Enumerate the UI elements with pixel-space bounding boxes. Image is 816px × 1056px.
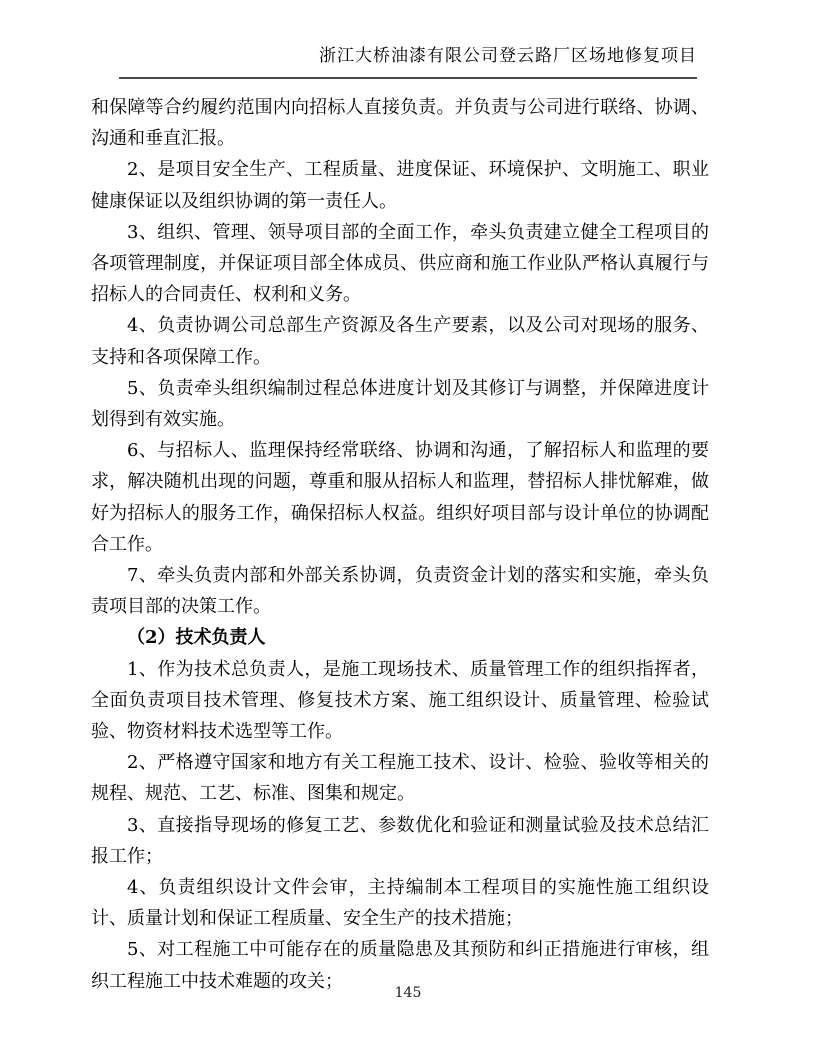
section-heading-technical-director: （2）技术负责人 <box>91 622 709 653</box>
duty-item-paragraph: 5、负责牵头组织编制过程总体进度计划及其修订与调整，并保障进度计划得到有效实施。 <box>91 373 709 435</box>
duty-item-paragraph: 2、是项目安全生产、工程质量、进度保证、环境保护、文明施工、职业健康保证以及组织… <box>91 154 709 216</box>
page-header-title: 浙江大桥油漆有限公司登云路厂区场地修复项目 <box>119 44 697 79</box>
duty-item-paragraph: 2、严格遵守国家和地方有关工程施工技术、设计、检验、验收等相关的规程、规范、工艺… <box>91 747 709 809</box>
continuation-paragraph: 和保障等合约履约范围内向招标人直接负责。并负责与公司进行联络、协调、沟通和垂直汇… <box>91 92 709 154</box>
duty-item-paragraph: 3、组织、管理、领导项目部的全面工作，牵头负责建立健全工程项目的各项管理制度，并… <box>91 217 709 311</box>
document-body: 和保障等合约履约范围内向招标人直接负责。并负责与公司进行联络、协调、沟通和垂直汇… <box>91 92 709 997</box>
page-number: 145 <box>0 984 816 1002</box>
document-page: { "header": { "title": "浙江大桥油漆有限公司登云路厂区场… <box>0 0 816 1056</box>
duty-item-paragraph: 3、直接指导现场的修复工艺、参数优化和验证和测量试验及技术总结汇报工作； <box>91 810 709 872</box>
duty-item-paragraph: 1、作为技术总负责人，是施工现场技术、质量管理工作的组织指挥者，全面负责项目技术… <box>91 654 709 748</box>
duty-item-paragraph: 4、负责组织设计文件会审，主持编制本工程项目的实施性施工组织设计、质量计划和保证… <box>91 872 709 934</box>
duty-item-paragraph: 7、牵头负责内部和外部关系协调，负责资金计划的落实和实施，牵头负责项目部的决策工… <box>91 560 709 622</box>
duty-item-paragraph: 4、负责协调公司总部生产资源及各生产要素，以及公司对现场的服务、支持和各项保障工… <box>91 310 709 372</box>
duty-item-paragraph: 6、与招标人、监理保持经常联络、协调和沟通，了解招标人和监理的要求，解决随机出现… <box>91 435 709 560</box>
